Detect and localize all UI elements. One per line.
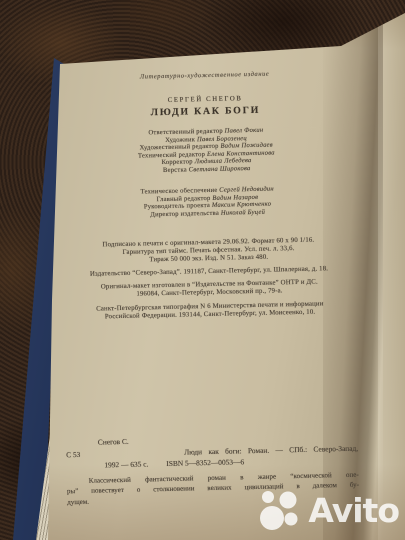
publisher-line: Издательство “Северо-Запад”. 191187, Сан…	[56, 265, 362, 280]
credit-name: Светлана Широкова	[189, 165, 251, 173]
credit-role: Верстка	[163, 166, 187, 174]
credits-block: Ответственный редактор Павел Фокин Худож…	[53, 125, 360, 177]
staff-block: Техническое обеспечение Сергей Недовидин…	[54, 184, 361, 221]
catalog-card: Снегов С. С 53 Люди как боги: Роман. — С…	[60, 430, 367, 471]
staff-name: Николай Буцей	[221, 208, 265, 216]
printing-house-block: Санкт-Петербургская типография N 6 Минис…	[57, 300, 363, 323]
print-info-block: Подписано к печати с оригинал-макета 29.…	[55, 236, 361, 267]
catalog-index: С 53	[66, 448, 80, 460]
colophon-text: Литературно-художественное издание СЕРГЕ…	[50, 0, 368, 540]
avito-wordmark: Avito	[308, 491, 399, 530]
staff-name: Сергей Недовидин	[219, 186, 274, 194]
catalog-year-pages: 1992 — 635 с.	[104, 458, 148, 470]
staff-role: Директор издательства	[150, 210, 219, 219]
credit-role: Корректор	[161, 159, 192, 167]
photo-canvas: Литературно-художественное издание СЕРГЕ…	[0, 0, 405, 540]
avito-logo-icon	[258, 488, 302, 532]
edition-type-line: Литературно-художественное издание	[52, 69, 358, 83]
avito-watermark: Avito	[258, 488, 399, 532]
catalog-isbn: ISBN 5—8352—0053—6	[166, 456, 244, 469]
credit-name: Павел Фокин	[225, 127, 264, 135]
layout-origin-block: Оригинал-макет изготовлен в “Издательств…	[56, 278, 362, 301]
